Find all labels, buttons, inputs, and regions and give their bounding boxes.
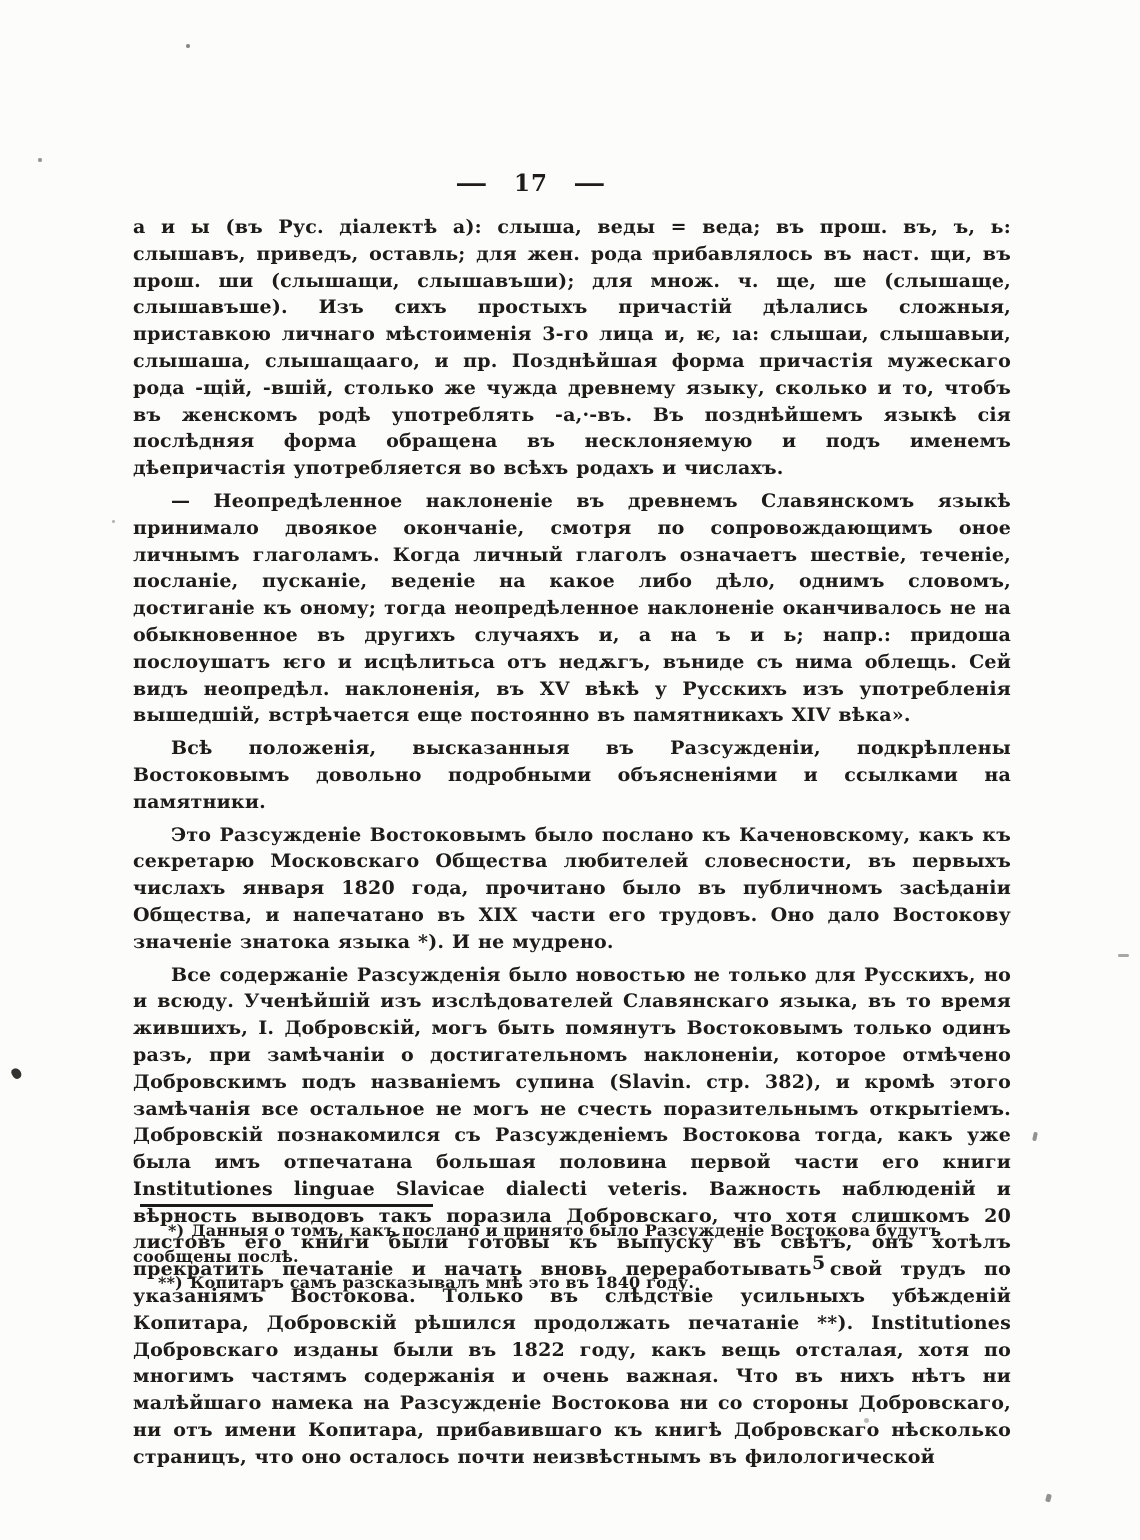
footnote-1-marker: *) <box>168 1221 184 1240</box>
scan-speck <box>1032 1132 1038 1142</box>
scan-speck <box>186 44 190 48</box>
paragraph-sent-to-kachenovsky: Это Разсужденіе Востоковымъ было послано… <box>133 822 1011 956</box>
footnote-2: **)Копитаръ самъ разсказывалъ мнѣ это въ… <box>133 1270 1011 1296</box>
scan-speck <box>1118 954 1129 957</box>
header-dash-right: — <box>573 170 607 197</box>
paragraph-positions-supported: Всѣ положенія, высказанныя въ Разсуждені… <box>133 735 1011 815</box>
paragraph-infinitive-mood: — Неопредѣленное наклоненіе въ древнемъ … <box>133 488 1011 729</box>
page-number: 17 <box>514 170 548 197</box>
footnote-2-text: Копитаръ самъ разсказывалъ мнѣ это въ 18… <box>190 1273 694 1292</box>
signature-mark: 5 <box>812 1252 825 1274</box>
header-dash-left: — <box>455 170 489 197</box>
scan-speck <box>652 252 655 255</box>
paragraph-continuation: а и ы (въ Рус. діалектѣ а): слыша, веды … <box>133 214 1011 482</box>
scan-speck <box>10 1067 23 1081</box>
scan-speck <box>38 158 42 162</box>
footnote-1: *)Данныя о томъ, какъ послано и принято … <box>133 1218 1011 1270</box>
paragraph-dobrovsky: Все содержаніе Разсужденія было новостью… <box>133 962 1011 1471</box>
page-header: —17— <box>92 170 970 197</box>
footnote-2-marker: **) <box>158 1273 183 1292</box>
scan-speck <box>112 520 115 523</box>
footnotes-block: *)Данныя о томъ, какъ послано и принято … <box>133 1218 1011 1296</box>
scan-speck <box>864 1418 869 1423</box>
scanned-book-page: —17— а и ы (въ Рус. діалектѣ а): слыша, … <box>0 0 1140 1540</box>
footnote-separator-rule <box>140 1204 433 1207</box>
scan-speck <box>1045 1493 1052 1502</box>
